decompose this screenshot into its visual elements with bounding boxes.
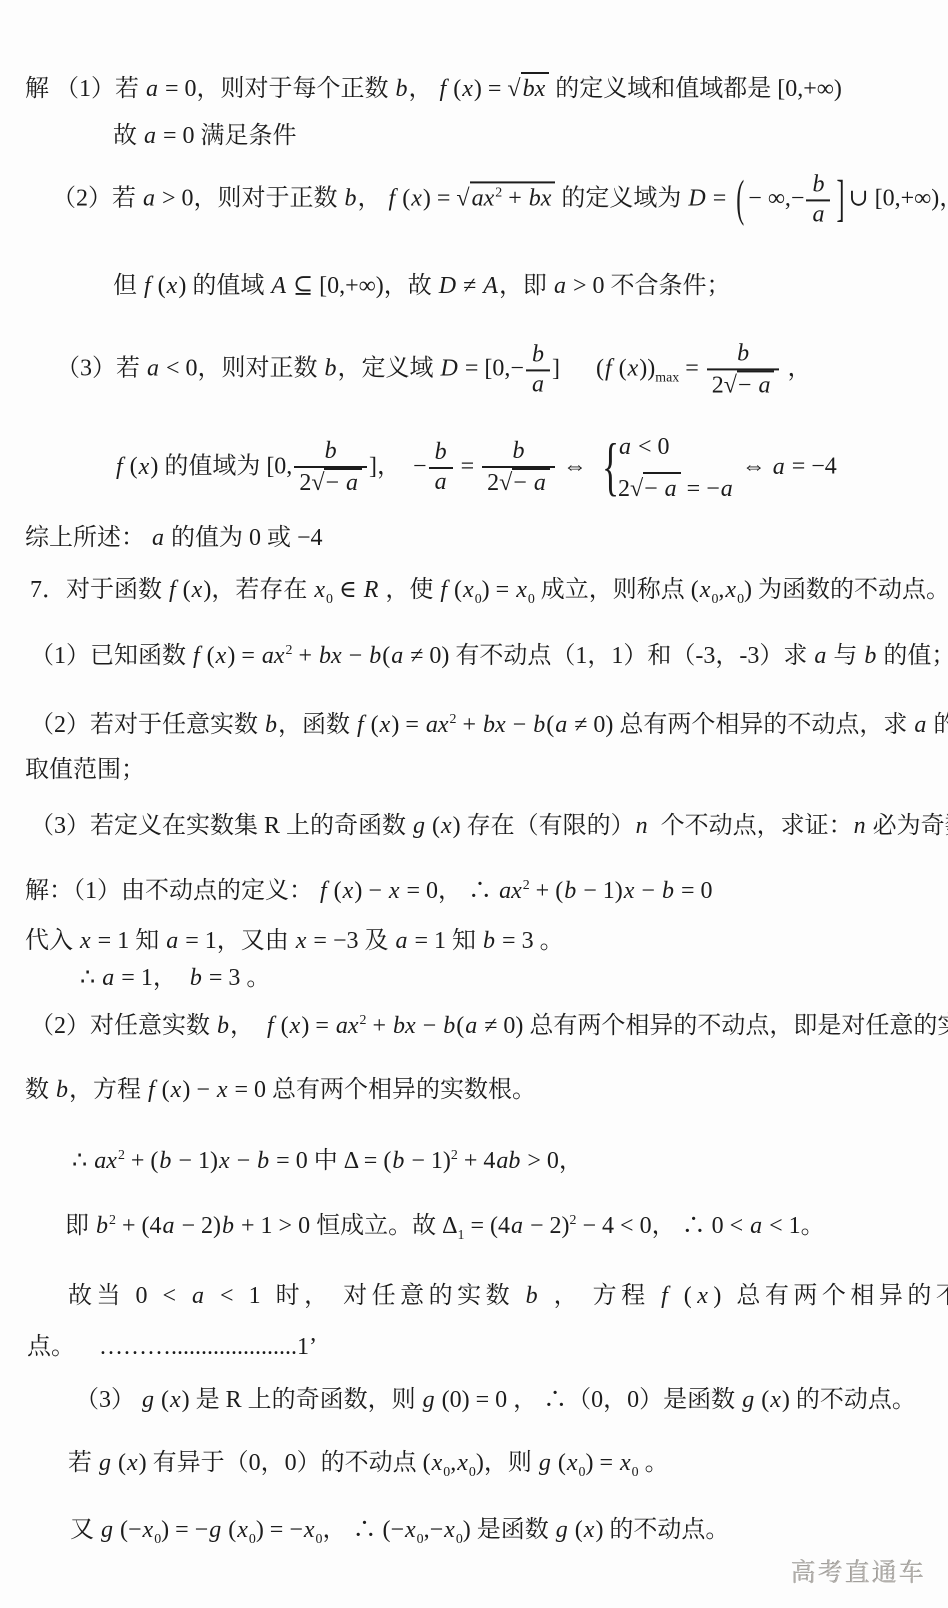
- math-variable: a: [772, 454, 786, 480]
- math-variable: a: [161, 1213, 175, 1239]
- math-text: − 2): [175, 1213, 221, 1239]
- math-variable: f: [266, 1013, 275, 1039]
- math-variable: f: [388, 186, 397, 212]
- math-variable: x: [215, 643, 228, 669]
- math-text: 点。 ……….....................1’: [27, 1334, 317, 1360]
- math-variable: x: [170, 1077, 183, 1103]
- math-text: < 0，则对正数: [160, 356, 324, 382]
- problem7-part3: （3）若定义在实数集 R 上的奇函数 g (x) 存在（有限的）n 个不动点，求…: [30, 811, 948, 841]
- math-variable: a: [510, 1213, 524, 1239]
- math-text: − 1): [405, 1148, 451, 1174]
- fraction: ba: [526, 341, 550, 398]
- math-text: = 0 中 Δ = (: [270, 1148, 391, 1174]
- math-text: = −: [681, 476, 720, 502]
- math-variable: b: [482, 928, 496, 954]
- math-variable: b: [511, 438, 525, 464]
- answer-part3-line1: （3） g (x) 是 R 上的奇函数，则 g (0) = 0 ， ∴（0，0）…: [75, 1385, 916, 1415]
- math-text: − 1): [172, 1148, 218, 1174]
- math-text: = (4: [464, 1213, 510, 1239]
- math-text: )，若存在: [203, 577, 313, 603]
- math-text: )，则: [476, 1450, 538, 1476]
- math-variable: a: [345, 470, 359, 496]
- math-text: ，函数: [278, 712, 356, 738]
- math-variable: b: [434, 439, 448, 465]
- math-variable: x: [216, 1077, 229, 1103]
- math-variable: a: [434, 469, 448, 495]
- math-text: （1）已知函数: [30, 643, 192, 669]
- big-delimiter: (: [736, 169, 744, 232]
- math-subscript: 0: [417, 1532, 424, 1547]
- math-variable: x: [583, 1517, 596, 1543]
- math-text: ⇔: [557, 454, 593, 480]
- math-text: =: [455, 454, 481, 480]
- radicand: − a: [512, 468, 550, 498]
- fraction-denominator: a: [526, 369, 550, 399]
- math-variable: a: [533, 470, 547, 496]
- math-text: ≠ 0) 总有两个相异的不动点，即是对任意的实: [478, 1013, 948, 1039]
- math-text: (: [124, 454, 138, 480]
- radical-sign-icon: √: [724, 372, 737, 400]
- math-text: (: [673, 1283, 696, 1309]
- problem7-part2: （2）若对于任意实数 b，函数 f (x) = ax2 + bx − b(a ≠…: [30, 710, 948, 740]
- answer-part2-line3: ∴ ax2 + (b − 1)x − b = 0 中 Δ = (b − 1)2 …: [72, 1146, 583, 1176]
- math-variable: x: [142, 1517, 155, 1543]
- math-variable: x: [169, 1387, 182, 1413]
- fraction-numerator: b: [319, 438, 343, 466]
- math-text: +: [292, 643, 318, 669]
- math-variable: x: [236, 1517, 249, 1543]
- math-variable: b: [216, 1013, 230, 1039]
- math-text: 。: [639, 1450, 669, 1476]
- math-variable: D: [687, 186, 706, 212]
- math-text: （2）若对于任意实数: [30, 712, 264, 738]
- math-variable: x: [462, 577, 475, 603]
- math-text: ， ∴ (−: [322, 1517, 404, 1543]
- math-variable: R: [363, 577, 380, 603]
- math-variable: f: [356, 712, 365, 738]
- math-subscript: 0: [632, 1465, 639, 1480]
- math-text: − 2): [524, 1213, 570, 1239]
- fraction: ba: [429, 439, 453, 496]
- math-text: −: [325, 470, 345, 496]
- square-root: √− a: [724, 372, 775, 398]
- math-variable: a: [913, 712, 927, 738]
- math-variable: a: [720, 476, 734, 502]
- problem7-part1: （1）已知函数 f (x) = ax2 + bx − b(a ≠ 0) 有不动点…: [30, 641, 948, 671]
- math-variable: x: [443, 1517, 456, 1543]
- math-variable: a: [390, 643, 404, 669]
- answer-part3-line3: 又 g (−x0) = −g (x0) = −x0， ∴ (−x0,−x0) 是…: [70, 1515, 729, 1545]
- math-superscript: 2: [118, 1148, 125, 1163]
- math-text: 数: [25, 1077, 55, 1103]
- square-root: √− a: [499, 470, 550, 496]
- math-variable: g: [412, 813, 426, 839]
- cases-group: {a < 02√− a = −a: [595, 432, 734, 504]
- math-text: ，方程: [69, 1077, 147, 1103]
- math-text: ，: [781, 356, 811, 382]
- math-text: +: [502, 186, 528, 212]
- math-text: 解：（1）由不动点的定义：: [25, 878, 319, 904]
- math-text: = 3 。: [496, 928, 564, 954]
- watermark: 高考直通车: [791, 1553, 926, 1589]
- math-variable: a: [749, 1213, 763, 1239]
- math-text: ) 是函数: [463, 1517, 555, 1543]
- radical-sign-icon: √: [630, 474, 643, 504]
- math-text: − ∞,−: [748, 186, 804, 212]
- math-text: 必为奇数。: [867, 813, 948, 839]
- math-variable: b: [264, 712, 278, 738]
- math-text: (: [426, 813, 440, 839]
- math-variable: D: [440, 356, 459, 382]
- math-variable: D: [438, 273, 457, 299]
- math-text: = 0 总有两个相异的实数根。: [229, 1077, 537, 1103]
- math-text: −: [507, 712, 533, 738]
- math-variable: x: [79, 928, 92, 954]
- math-variable: a: [553, 273, 567, 299]
- math-text: = 0， ∴: [401, 878, 499, 904]
- math-variable: f: [439, 577, 448, 603]
- radical-sign-icon: √: [456, 184, 469, 214]
- fraction: ba: [806, 171, 830, 228]
- math-text: ≠ 0) 有不动点（1，1）和（-3，-3）求: [404, 643, 813, 669]
- math-variable: x: [388, 878, 401, 904]
- math-text: (: [447, 76, 461, 102]
- fraction-denominator: a: [429, 467, 453, 497]
- math-variable: b: [531, 341, 545, 367]
- math-text: ∴: [72, 1148, 93, 1174]
- math-variable: b: [661, 878, 675, 904]
- math-text: +: [456, 712, 482, 738]
- answer-part2-line6: 点。 ……….....................1’: [27, 1332, 317, 1362]
- cases-rows: a < 02√− a = −a: [618, 432, 734, 504]
- math-variable: ax: [498, 878, 523, 904]
- math-variable: b: [158, 1148, 172, 1174]
- math-text: =: [707, 186, 733, 212]
- math-text: (: [569, 1517, 583, 1543]
- math-variable: b: [324, 356, 338, 382]
- math-text: = 1 知: [408, 928, 482, 954]
- fraction-numerator: b: [526, 341, 550, 369]
- math-variable: x: [699, 577, 712, 603]
- math-text: ) 存在（有限的）: [453, 813, 635, 839]
- math-text: (0) = 0 ， ∴（0，0）是函数: [436, 1387, 742, 1413]
- math-text: ，使: [379, 577, 439, 603]
- math-variable: b: [221, 1213, 235, 1239]
- math-text: 的: [927, 712, 948, 738]
- math-text: ∴: [80, 965, 101, 991]
- math-text: ) 是 R 上的奇函数，则: [182, 1387, 422, 1413]
- math-text: 成立，则称点 (: [535, 577, 699, 603]
- math-variable: x: [623, 878, 636, 904]
- math-text: < 1。: [763, 1213, 825, 1239]
- math-text: (: [328, 878, 342, 904]
- math-variable: a: [165, 928, 179, 954]
- math-variable: a: [191, 1283, 210, 1309]
- math-text: 与: [827, 643, 863, 669]
- math-variable: n: [853, 813, 867, 839]
- answer-part1-conclusion: ∴ a = 1， b = 3 。: [80, 963, 270, 993]
- radicand: − a: [643, 472, 681, 504]
- math-variable: x: [379, 712, 392, 738]
- math-variable: g: [555, 1517, 569, 1543]
- math-variable: b: [324, 438, 338, 464]
- math-text: 又: [70, 1517, 100, 1543]
- solution6-case1-line: 解 （1）若 a = 0，则对于每个正数 b， f (x) = √bx 的定义域…: [25, 72, 842, 104]
- math-text: ) 总有两个相异的不动: [713, 1283, 948, 1309]
- math-text: 7．对于函数: [30, 577, 168, 603]
- square-root: √− a: [630, 476, 681, 502]
- math-text: ) = −: [161, 1517, 208, 1543]
- math-variable: x: [138, 454, 151, 480]
- math-text: + (: [530, 878, 564, 904]
- math-text: ) 为函数的不动点。: [744, 577, 948, 603]
- math-text: =: [679, 356, 705, 382]
- square-root: √ax2 + bx: [456, 186, 555, 212]
- math-text: = −4: [786, 454, 837, 480]
- math-variable: a: [101, 965, 115, 991]
- solution6-case3-equation: f (x) 的值域为 [0,b2√− a]， −ba = b2√− a ⇔ {a…: [115, 432, 837, 504]
- math-text: ，: [358, 186, 388, 212]
- math-variable: g: [538, 1450, 552, 1476]
- math-text: −: [644, 476, 664, 502]
- fraction: b2√− a: [482, 438, 555, 497]
- math-variable: bx: [528, 186, 553, 212]
- math-superscript: 2: [570, 1213, 577, 1228]
- math-text: ) 有异于（0，0）的不动点 (: [139, 1450, 431, 1476]
- math-variable: b: [391, 1148, 405, 1174]
- math-text: (: [613, 356, 627, 382]
- math-variable: a: [146, 356, 160, 382]
- math-text: (: [448, 577, 462, 603]
- left-brace-icon: {: [602, 440, 619, 495]
- math-text: < 1 时， 对任意的实数: [210, 1283, 525, 1309]
- math-variable: g: [141, 1387, 155, 1413]
- math-variable: A: [270, 273, 287, 299]
- math-variable: a: [811, 201, 825, 227]
- math-text: ⇔: [736, 454, 772, 480]
- math-text: = 0: [675, 878, 713, 904]
- math-variable: x: [461, 76, 474, 102]
- radicand: − a: [737, 370, 775, 400]
- math-text: （3）: [75, 1387, 141, 1413]
- math-subscript: 0: [249, 1532, 256, 1547]
- math-variable: x: [218, 1148, 231, 1174]
- math-subscript: 0: [737, 592, 744, 607]
- math-variable: f: [439, 76, 448, 102]
- math-text: (: [177, 577, 191, 603]
- radicand: − a: [324, 468, 362, 498]
- math-variable: a: [757, 372, 771, 398]
- math-text: 即: [65, 1213, 95, 1239]
- math-variable: x: [313, 577, 326, 603]
- math-variable: a: [145, 76, 159, 102]
- math-variable: a: [813, 643, 827, 669]
- math-text: ) =: [391, 712, 425, 738]
- answer-part2-line2: 数 b，方程 f (x) − x = 0 总有两个相异的实数根。: [25, 1075, 536, 1105]
- math-superscript: 2: [451, 1148, 458, 1163]
- fraction-numerator: b: [806, 171, 830, 199]
- math-variable: ax: [93, 1148, 118, 1174]
- answer-part2-line1: （2）对任意实数 b， f (x) = ax2 + bx − b(a ≠ 0) …: [30, 1011, 948, 1041]
- math-variable: x: [769, 1387, 782, 1413]
- math-text: 若: [68, 1450, 98, 1476]
- math-text: (−: [114, 1517, 142, 1543]
- math-variable: b: [442, 1013, 456, 1039]
- math-variable: g: [422, 1387, 436, 1413]
- math-variable: x: [295, 928, 308, 954]
- math-variable: bx: [318, 643, 343, 669]
- math-text: 综上所述：: [25, 525, 151, 551]
- math-variable: x: [619, 1450, 632, 1476]
- math-text: 取值范围；: [25, 757, 145, 783]
- math-variable: x: [289, 1013, 302, 1039]
- radical-sign-icon: √: [499, 470, 512, 498]
- math-variable: g: [208, 1517, 222, 1543]
- math-text: （3）若定义在实数集 R 上的奇函数: [30, 813, 412, 839]
- math-variable: x: [166, 273, 179, 299]
- math-text: ，定义域: [338, 356, 440, 382]
- math-text: 解 （1）若: [25, 76, 145, 102]
- math-subscript: 0: [528, 592, 535, 607]
- math-text: ) 的不动点。: [595, 1517, 729, 1543]
- math-text: ≠: [457, 273, 482, 299]
- math-text: = 1，: [115, 965, 189, 991]
- math-variable: ax: [471, 186, 496, 212]
- math-text: = 1 知: [92, 928, 166, 954]
- math-text: −: [635, 878, 661, 904]
- math-superscript: 2: [109, 1213, 116, 1228]
- math-variable: b: [344, 186, 358, 212]
- math-text: + 1 > 0 恒成立。故 Δ: [235, 1213, 458, 1239]
- math-text: 个不动点，求证：: [649, 813, 853, 839]
- fraction: b2√− a: [707, 340, 780, 399]
- answer-part2-line4: 即 b2 + (4a − 2)b + 1 > 0 恒成立。故 Δ1 = (4a …: [65, 1211, 825, 1241]
- math-text: ⊆ [0,+∞)，故: [287, 273, 438, 299]
- math-text: ， 方程: [543, 1283, 660, 1309]
- radical-sign-icon: √: [507, 74, 520, 104]
- math-text: (: [275, 1013, 289, 1039]
- answer-part1-line1: 解：（1）由不动点的定义： f (x) − x = 0， ∴ ax2 + (b …: [25, 876, 712, 906]
- solution6-case2-line: （2）若 a > 0，则对于正数 b， f (x) = √ax2 + bx 的定…: [52, 171, 948, 228]
- math-variable: ax: [335, 1013, 360, 1039]
- radicand: bx: [521, 72, 550, 104]
- math-text: )): [639, 356, 655, 382]
- math-variable: a: [151, 525, 165, 551]
- solution6-case2-conclusion: 但 f (x) 的值域 A ⊆ [0,+∞)，故 D ≠ A，即 a > 0 不…: [113, 271, 730, 301]
- math-text: 的定义域为: [555, 186, 687, 212]
- radicand: ax2 + bx: [470, 182, 556, 214]
- fraction-denominator: a: [806, 199, 830, 229]
- big-delimiter: ]: [836, 169, 844, 232]
- math-variable: n: [635, 813, 649, 839]
- math-variable: a: [664, 476, 678, 502]
- math-text: ,−: [424, 1517, 444, 1543]
- math-variable: ab: [495, 1148, 521, 1174]
- math-text: ] (: [552, 356, 604, 382]
- fraction-denominator: 2√− a: [294, 466, 367, 498]
- math-variable: x: [440, 813, 453, 839]
- math-text: > 0 不合条件；: [567, 273, 731, 299]
- math-variable: f: [147, 1077, 156, 1103]
- math-text: ) =: [227, 643, 261, 669]
- math-text: ) =: [474, 76, 508, 102]
- math-text: （2）若: [52, 186, 142, 212]
- math-text: (: [396, 186, 410, 212]
- math-variable: x: [515, 577, 528, 603]
- solution6-case1-conclusion: 故 a = 0 满足条件: [113, 121, 297, 151]
- math-text: ) 的值域: [178, 273, 270, 299]
- math-variable: g: [100, 1517, 114, 1543]
- math-variable: A: [482, 273, 499, 299]
- math-variable: x: [456, 1450, 469, 1476]
- math-variable: x: [410, 186, 423, 212]
- math-text: ) =: [423, 186, 457, 212]
- math-text: = 0，则对于每个正数: [159, 76, 395, 102]
- math-variable: f: [319, 878, 328, 904]
- math-text: + (: [125, 1148, 159, 1174]
- math-text: < 0: [632, 434, 670, 460]
- math-variable: a: [618, 434, 632, 460]
- solution6-summary: 综上所述： a 的值为 0 或 −4: [25, 523, 323, 553]
- math-variable: f: [192, 643, 201, 669]
- math-text: ]， −: [369, 454, 427, 480]
- math-variable: a: [143, 123, 157, 149]
- math-text: ) =: [301, 1013, 335, 1039]
- math-variable: b: [532, 712, 546, 738]
- math-text: −: [513, 470, 533, 496]
- math-text: ∈: [333, 577, 363, 603]
- square-root: √− a: [311, 470, 362, 496]
- math-text: > 0，则对于正数: [156, 186, 344, 212]
- math-text: (: [156, 1077, 170, 1103]
- math-variable: ax: [425, 712, 450, 738]
- fraction-numerator: b: [429, 439, 453, 467]
- math-text: ，即: [499, 273, 553, 299]
- math-variable: bx: [392, 1013, 417, 1039]
- math-variable: b: [368, 643, 382, 669]
- math-variable: a: [531, 371, 545, 397]
- math-text: (: [152, 273, 166, 299]
- math-variable: f: [115, 454, 124, 480]
- math-text: 2: [299, 470, 311, 496]
- math-text: ) −: [354, 878, 388, 904]
- math-text: （2）对任意实数: [30, 1013, 216, 1039]
- math-text: (: [552, 1450, 566, 1476]
- math-variable: f: [604, 356, 613, 382]
- math-text: 故: [113, 123, 143, 149]
- math-text: (: [365, 712, 379, 738]
- math-variable: b: [395, 76, 409, 102]
- math-text: ) =: [585, 1450, 619, 1476]
- document-page: 解 （1）若 a = 0，则对于每个正数 b， f (x) = √bx 的定义域…: [0, 0, 948, 1608]
- math-text: ) =: [482, 577, 516, 603]
- math-variable: x: [627, 356, 640, 382]
- math-variable: x: [566, 1450, 579, 1476]
- math-variable: g: [741, 1387, 755, 1413]
- math-text: + (4: [116, 1213, 162, 1239]
- math-variable: b: [736, 340, 750, 366]
- cases-row: 2√− a = −a: [618, 472, 734, 504]
- math-text: = 0 满足条件: [157, 123, 297, 149]
- answer-part3-line2: 若 g (x) 有异于（0，0）的不动点 (x0,x0)，则 g (x0) = …: [68, 1448, 669, 1478]
- fraction-denominator: 2√− a: [707, 368, 780, 400]
- math-text: −: [231, 1148, 257, 1174]
- math-variable: b: [95, 1213, 109, 1239]
- math-text: ) −: [182, 1077, 216, 1103]
- problem7-statement: 7．对于函数 f (x)，若存在 x0 ∈ R ，使 f (x0) = x0 成…: [30, 575, 948, 605]
- math-subscript: 0: [456, 1532, 463, 1547]
- math-text: ) = −: [256, 1517, 303, 1543]
